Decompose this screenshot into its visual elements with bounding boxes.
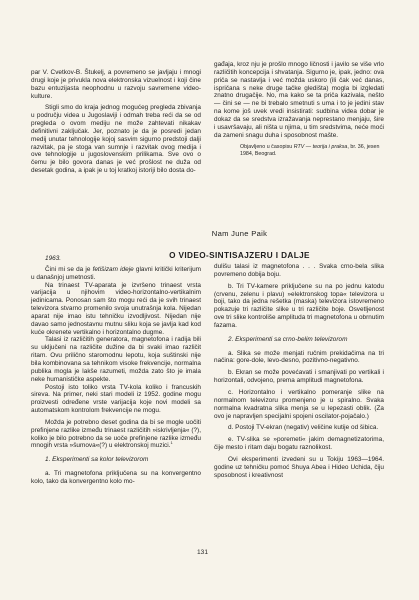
- list-item: a. Tri magnetofona priključena su na kon…: [31, 470, 201, 486]
- previous-article-left-column: par V. Cvetkov-B. Štukelj, a povremeno s…: [31, 69, 201, 175]
- source-note-journal: RTV — teorija i praksa: [294, 144, 348, 150]
- list-item: b. Tri TV-kamere priključene su na po je…: [214, 283, 384, 330]
- paragraph: Postoji isto toliko vrsta TV-kola koliko…: [31, 384, 201, 415]
- document-page: par V. Cvetkov-B. Štukelj, a povremeno s…: [0, 0, 419, 600]
- source-note-prefix: Objavljeno u časopisu: [240, 144, 294, 150]
- intro-emphasis: fetišizam ideje: [93, 266, 134, 273]
- footnote-marker: 1: [170, 440, 172, 445]
- previous-article-right-column: gađaja, kroz nju je prošlo mnogo ličnost…: [214, 61, 384, 158]
- list-item: a. Slika se može menjati ručnim prekidač…: [214, 350, 384, 366]
- paragraph: gađaja, kroz nju je prošlo mnogo ličnost…: [214, 61, 384, 139]
- list-item: c. Horizontalno i vertikalno pomeranje s…: [214, 389, 384, 420]
- paragraph: Na trinaest TV-aparata je izvršeno trina…: [31, 282, 201, 337]
- paragraph: dulišu talasi iz magnetofona . . . Svaka…: [214, 263, 384, 279]
- list-item: b. Ekran se može povećavati i smanjivati…: [214, 369, 384, 385]
- intro-text: Čini mi se da je: [45, 266, 93, 273]
- paragraph: Talasi iz različitih generatora, magneto…: [31, 336, 201, 383]
- intro-paragraph: Čini mi se da je fetišizam ideje glavni …: [31, 266, 201, 282]
- article-right-column: dulišu talasi iz magnetofona . . . Svaka…: [214, 263, 384, 479]
- article-left-column: 1963. Čini mi se da je fetišizam ideje g…: [31, 255, 201, 486]
- section-heading: 1. Eksperimenti sa kolor televizorom: [45, 456, 201, 464]
- list-item: e. TV-slika se »poremeti« jakim demagnet…: [214, 436, 384, 452]
- section-heading: 2. Eksperimenti sa crno-belim televizoro…: [228, 336, 384, 344]
- source-note: Objavljeno u časopisu RTV — teorija i pr…: [240, 144, 384, 158]
- paragraph: Možda je potrebno deset godina da bi se …: [31, 419, 201, 450]
- paragraph: Stigli smo do kraja jednog mogućeg pregl…: [31, 104, 201, 175]
- paragraph: Ovi eksperimenti izvedeni su u Tokiju 19…: [214, 456, 384, 480]
- article-author: Nam June Paik: [0, 229, 419, 238]
- page-number: 131: [197, 549, 208, 556]
- paragraph: par V. Cvetkov-B. Štukelj, a povremeno s…: [31, 69, 201, 100]
- article-date: 1963.: [45, 255, 201, 263]
- list-item: d. Postoji TV-ekran (negativ) veličine k…: [214, 424, 384, 432]
- paragraph-text: Možda je potrebno deset godina da bi se …: [31, 419, 201, 450]
